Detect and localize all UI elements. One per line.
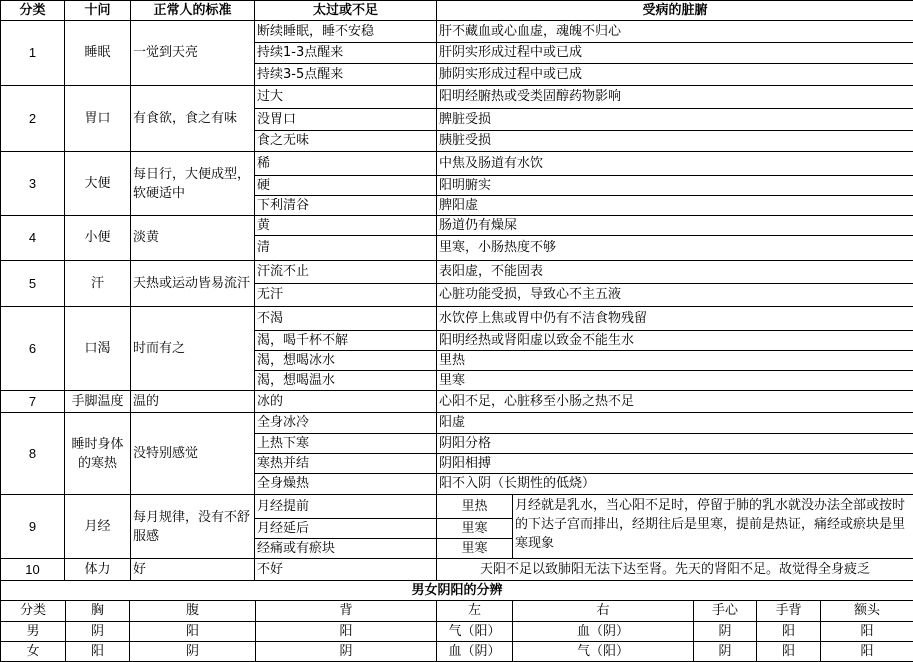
symptom-cell[interactable]: 经痛或有瘀块 [255,539,437,559]
organ-cell[interactable]: 肝不藏血或心血虚，魂魄不归心 [437,21,913,43]
table-row: 3 大便 每日行，大便成型，软硬适中 稀 中焦及肠道有水饮 [1,152,913,176]
organ-cell[interactable]: 肝阴实形成过程中或已成 [437,43,913,64]
category-cell[interactable]: 8 [1,413,65,495]
value-cell[interactable]: 气（阳） [513,642,694,662]
gender-cell[interactable]: 女 [1,642,66,662]
normal-cell[interactable]: 每日行，大便成型，软硬适中 [131,152,255,216]
table-row: 7 手脚温度 温的 冰的 心阳不足，心脏移至小肠之热不足 [1,391,913,413]
symptom-cell[interactable]: 月经延后 [255,519,437,539]
normal-cell[interactable]: 每月规律，没有不舒服感 [131,495,255,559]
organ-cell[interactable]: 阴阳相搏 [437,454,913,474]
question-cell[interactable]: 小便 [65,216,131,261]
organ-cell[interactable]: 阳明经腑热或受类固醇药物影响 [437,86,913,109]
value-cell[interactable]: 阳 [66,642,130,662]
header-back[interactable]: 背 [256,601,437,622]
question-cell[interactable]: 大便 [65,152,131,216]
organ-cell[interactable]: 脾阳虚 [437,196,913,216]
question-cell[interactable]: 睡时身体的寒热 [65,413,131,495]
menstruation-note-cell[interactable]: 月经就是乳水，当心阳不足时，停留于肺的乳水就没办法全部或按时的下达子宫而排出，经… [513,495,913,559]
symptom-cell[interactable]: 月经提前 [255,495,437,519]
yinyang-title[interactable]: 男女阴阳的分辨 [1,581,913,601]
header-category[interactable]: 分类 [1,601,66,622]
header-excess-deficiency[interactable]: 太过或不足 [255,1,437,21]
symptom-cell[interactable]: 过大 [255,86,437,109]
table-row: 10 体力 好 不好 天阳不足以致肺阳无法下达至肾。先天的肾阳不足。故觉得全身疲… [1,559,913,581]
category-cell[interactable]: 4 [1,216,65,261]
organ-cell[interactable]: 胰脏受损 [437,131,913,152]
symptom-cell[interactable]: 不渴 [255,307,437,331]
header-normal[interactable]: 正常人的标准 [131,1,255,21]
symptom-cell[interactable]: 全身燥热 [255,474,437,495]
organ-cell[interactable]: 中焦及肠道有水饮 [437,152,913,176]
organ-cell[interactable]: 表阳虚，不能固表 [437,261,913,284]
question-cell[interactable]: 体力 [65,559,131,581]
header-abdomen[interactable]: 腹 [130,601,256,622]
organ-cell[interactable]: 阴阳分格 [437,434,913,454]
header-palm[interactable]: 手心 [694,601,757,622]
organ-cell[interactable]: 里寒 [437,371,913,391]
symptom-cell[interactable]: 上热下寒 [255,434,437,454]
value-cell[interactable]: 阳 [757,622,821,642]
organ-cell[interactable]: 心脏功能受损，导致心不主五液 [437,284,913,307]
value-cell[interactable]: 阴 [694,622,757,642]
value-cell[interactable]: 气（阳） [437,622,513,642]
symptom-cell[interactable]: 硬 [255,176,437,196]
gender-cell[interactable]: 男 [1,622,66,642]
category-cell[interactable]: 3 [1,152,65,216]
symptom-cell[interactable]: 冰的 [255,391,437,413]
table-row: 1 睡眠 一觉到天亮 断续睡眠，睡不安稳 肝不藏血或心血虚，魂魄不归心 [1,21,913,43]
organ-cell[interactable]: 脾脏受损 [437,109,913,131]
symptom-cell[interactable]: 黄 [255,216,437,236]
table-row: 8 睡时身体的寒热 没特别感觉 全身冰冷 阳虚 [1,413,913,434]
organ-cell[interactable]: 里寒，小肠热度不够 [437,236,913,261]
value-cell[interactable]: 阳 [256,622,437,642]
question-cell[interactable]: 汗 [65,261,131,307]
value-cell[interactable]: 阴 [256,642,437,662]
normal-cell[interactable]: 温的 [131,391,255,413]
symptom-cell[interactable]: 下利清谷 [255,196,437,216]
organ-cell[interactable]: 心阳不足，心脏移至小肠之热不足 [437,391,913,413]
yinyang-header-row: 分类 胸 腹 背 左 右 手心 手背 额头 [1,601,913,622]
question-cell[interactable]: 胃口 [65,86,131,152]
spreadsheet: 分类 十问 正常人的标准 太过或不足 受病的脏腑 1 睡眠 一觉到天亮 断续睡眠… [0,0,913,662]
organ-cell[interactable]: 里热 [437,495,513,519]
organ-cell[interactable]: 肺阴实形成过程中或已成 [437,64,913,86]
value-cell[interactable]: 阴 [130,642,256,662]
symptom-cell[interactable]: 持续3-5点醒来 [255,64,437,86]
yinyang-table: 男女阴阳的分辨 分类 胸 腹 背 左 右 手心 手背 额头 男 阴 阳 阳 气（… [0,580,913,662]
category-cell[interactable]: 1 [1,21,65,86]
organ-cell[interactable]: 阳明经热或肾阳虚以致金不能生水 [437,331,913,351]
value-cell[interactable]: 血（阴） [437,642,513,662]
header-forehead[interactable]: 额头 [821,601,913,622]
organ-cell[interactable]: 阳虚 [437,413,913,434]
yinyang-title-row: 男女阴阳的分辨 [1,581,913,601]
symptom-cell[interactable]: 稀 [255,152,437,176]
category-cell[interactable]: 6 [1,307,65,391]
organ-cell[interactable]: 阳明腑实 [437,176,913,196]
question-cell[interactable]: 月经 [65,495,131,559]
yinyang-row-female: 女 阳 阴 阴 血（阴） 气（阳） 阴 阳 阳 [1,642,913,662]
value-cell[interactable]: 阳 [757,642,821,662]
normal-cell[interactable]: 天热或运动皆易流汗 [131,261,255,307]
value-cell[interactable]: 血（阴） [513,622,694,642]
table-row: 2 胃口 有食欲，食之有味 过大 阳明经腑热或受类固醇药物影响 [1,86,913,109]
symptom-cell[interactable]: 没胃口 [255,109,437,131]
normal-cell[interactable]: 没特别感觉 [131,413,255,495]
header-question[interactable]: 十问 [65,1,131,21]
header-affected-organ[interactable]: 受病的脏腑 [437,1,913,21]
organ-cell[interactable]: 肠道仍有燥屎 [437,216,913,236]
symptom-cell[interactable]: 清 [255,236,437,261]
value-cell[interactable]: 阳 [821,642,913,662]
question-cell[interactable]: 手脚温度 [65,391,131,413]
header-right[interactable]: 右 [513,601,694,622]
table-row: 4 小便 淡黄 黄 肠道仍有燥屎 [1,216,913,236]
header-back-of-hand[interactable]: 手背 [757,601,821,622]
yinyang-row-male: 男 阴 阳 阳 气（阳） 血（阴） 阴 阳 阳 [1,622,913,642]
symptom-cell[interactable]: 断续睡眠，睡不安稳 [255,21,437,43]
organ-cell[interactable]: 阳不入阴（长期性的低烧） [437,474,913,495]
organ-cell[interactable]: 里热 [437,351,913,371]
symptom-cell[interactable]: 无汗 [255,284,437,307]
symptom-cell[interactable]: 寒热并结 [255,454,437,474]
symptom-cell[interactable]: 食之无味 [255,131,437,152]
value-cell[interactable]: 阴 [66,622,130,642]
organ-cell[interactable]: 里寒 [437,519,513,539]
ten-questions-table: 分类 十问 正常人的标准 太过或不足 受病的脏腑 1 睡眠 一觉到天亮 断续睡眠… [0,0,913,581]
header-left[interactable]: 左 [437,601,513,622]
category-cell[interactable]: 9 [1,495,65,559]
normal-cell[interactable]: 时而有之 [131,307,255,391]
value-cell[interactable]: 阳 [130,622,256,642]
symptom-cell[interactable]: 渴，喝千杯不解 [255,331,437,351]
table-row: 9 月经 每月规律，没有不舒服感 月经提前 里热 月经就是乳水，当心阳不足时，停… [1,495,913,519]
symptom-cell[interactable]: 渴，想喝冰水 [255,351,437,371]
category-cell[interactable]: 5 [1,261,65,307]
header-row: 分类 十问 正常人的标准 太过或不足 受病的脏腑 [1,1,913,21]
value-cell[interactable]: 阴 [694,642,757,662]
organ-cell[interactable]: 水饮停上焦或胃中仍有不洁食物残留 [437,307,913,331]
symptom-cell[interactable]: 渴，想喝温水 [255,371,437,391]
normal-cell[interactable]: 一觉到天亮 [131,21,255,86]
symptom-cell[interactable]: 全身冰冷 [255,413,437,434]
question-cell[interactable]: 睡眠 [65,21,131,86]
table-row: 5 汗 天热或运动皆易流汗 汗流不止 表阳虚，不能固表 [1,261,913,284]
organ-cell[interactable]: 里寒 [437,539,513,559]
normal-cell[interactable]: 有食欲，食之有味 [131,86,255,152]
normal-cell[interactable]: 淡黄 [131,216,255,261]
category-cell[interactable]: 10 [1,559,65,581]
symptom-cell[interactable]: 不好 [255,559,437,581]
organ-cell[interactable]: 天阳不足以致肺阳无法下达至肾。先天的肾阳不足。故觉得全身疲乏 [437,559,913,581]
symptom-cell[interactable]: 持续1-3点醒来 [255,43,437,64]
header-chest[interactable]: 胸 [66,601,130,622]
symptom-cell[interactable]: 汗流不止 [255,261,437,284]
table-row: 6 口渴 时而有之 不渴 水饮停上焦或胃中仍有不洁食物残留 [1,307,913,331]
question-cell[interactable]: 口渴 [65,307,131,391]
category-cell[interactable]: 2 [1,86,65,152]
value-cell[interactable]: 阳 [821,622,913,642]
category-cell[interactable]: 7 [1,391,65,413]
header-category[interactable]: 分类 [1,1,65,21]
normal-cell[interactable]: 好 [131,559,255,581]
